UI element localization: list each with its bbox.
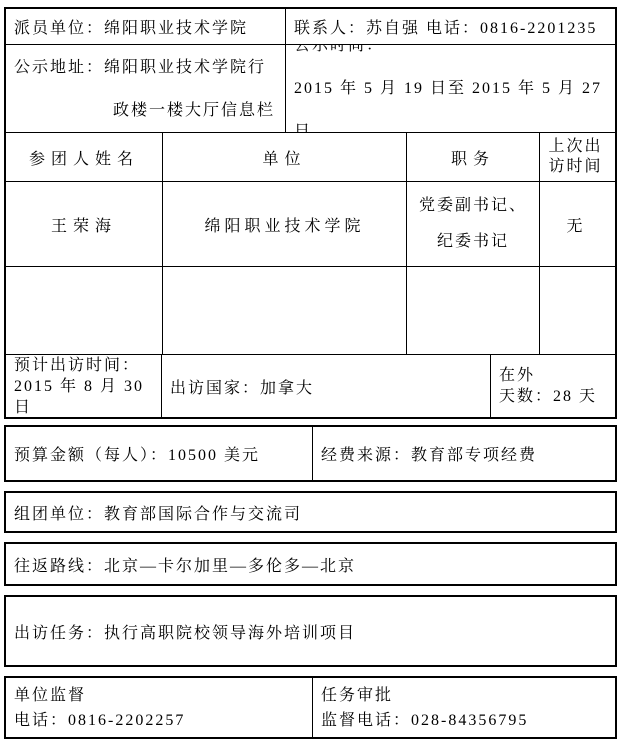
- member-row: 王荣海 绵阳职业技术学院 党委副书记、 纪委书记 无: [6, 182, 615, 267]
- days-abroad-cell: 在外 天数：28 天: [491, 355, 615, 417]
- unit-supervision-label: 单位监督: [14, 683, 312, 708]
- notice-address-line2: 政楼一楼大厅信息栏: [14, 89, 285, 132]
- route-box: 往返路线：北京—卡尔加里—多伦多—北京: [4, 542, 617, 586]
- task-approval-label: 任务审批: [321, 683, 611, 708]
- col-header-last-visit-line1: 上次出: [548, 137, 602, 157]
- unit-supervision-cell: 单位监督 电话：0816-2202257: [6, 678, 313, 737]
- notice-time-label: 公示时间：: [294, 45, 611, 67]
- member-last-visit-cell: 无: [540, 182, 615, 266]
- notice-address-line1: 公示地址：绵阳职业技术学院行: [14, 46, 285, 89]
- member-unit-cell: 绵阳职业技术学院: [163, 182, 407, 266]
- task-approval-cell: 任务审批 监督电话：028-84356795: [313, 678, 615, 737]
- trip-schedule-row: 预计出访时间： 2015 年 8 月 30 日 出访国家：加拿大 在外 天数：2…: [6, 355, 615, 417]
- organizer-box: 组团单位：教育部国际合作与交流司: [4, 491, 617, 533]
- notice-row: 公示地址：绵阳职业技术学院行 政楼一楼大厅信息栏 公示时间： 2015 年 5 …: [6, 45, 615, 133]
- notice-address-cell: 公示地址：绵阳职业技术学院行 政楼一楼大厅信息栏: [6, 45, 286, 132]
- col-header-unit: 单位: [163, 133, 407, 181]
- expected-visit-time-cell: 预计出访时间： 2015 年 8 月 30 日: [6, 355, 162, 417]
- days-abroad-line2: 天数：28 天: [499, 386, 611, 407]
- organizer-cell: 组团单位：教育部国际合作与交流司: [6, 493, 615, 531]
- route-cell: 往返路线：北京—卡尔加里—多伦多—北京: [6, 544, 615, 584]
- supervision-row: 单位监督 电话：0816-2202257 任务审批 监督电话：028-84356…: [6, 678, 615, 737]
- col-header-last-visit-line2: 访时间: [548, 157, 602, 177]
- organizer-row: 组团单位：教育部国际合作与交流司: [6, 493, 615, 531]
- route-row: 往返路线：北京—卡尔加里—多伦多—北京: [6, 544, 615, 584]
- expected-visit-time-value: 2015 年 8 月 30 日: [14, 376, 161, 418]
- unit-supervision-phone: 电话：0816-2202257: [14, 708, 312, 733]
- funding-source-cell: 经费来源：教育部专项经费: [313, 427, 615, 480]
- member-name-cell: 王荣海: [6, 182, 163, 266]
- mission-box: 出访任务：执行高职院校领导海外培训项目: [4, 595, 617, 667]
- contact-cell: 联系人：苏自强 电话：0816-2201235: [286, 9, 615, 44]
- budget-funding-row: 预算金额（每人）：10500 美元 经费来源：教育部专项经费: [6, 427, 615, 480]
- notice-time-cell: 公示时间： 2015 年 5 月 19 日至 2015 年 5 月 27 日: [286, 45, 615, 132]
- member-last-visit-cell: [540, 267, 615, 354]
- member-unit-cell: [163, 267, 407, 354]
- budget-cell: 预算金额（每人）：10500 美元: [6, 427, 313, 480]
- task-approval-phone: 监督电话：028-84356795: [321, 708, 611, 733]
- overseas-visit-public-notice-form: 派员单位：绵阳职业技术学院 联系人：苏自强 电话：0816-2201235 公示…: [0, 0, 627, 739]
- col-header-last-visit: 上次出 访时间: [540, 133, 615, 181]
- member-title-cell: [407, 267, 540, 354]
- member-row-empty: [6, 267, 615, 355]
- col-header-title: 职务: [407, 133, 540, 181]
- member-title-cell: 党委副书记、 纪委书记: [407, 182, 540, 266]
- dispatch-unit-cell: 派员单位：绵阳职业技术学院: [6, 9, 286, 44]
- supervision-box: 单位监督 电话：0816-2202257 任务审批 监督电话：028-84356…: [4, 676, 617, 739]
- member-name-cell: [6, 267, 163, 354]
- mission-row: 出访任务：执行高职院校领导海外培训项目: [6, 597, 615, 665]
- members-header-row: 参团人姓名 单位 职务 上次出 访时间: [6, 133, 615, 182]
- days-abroad-line1: 在外: [499, 365, 611, 386]
- budget-funding-box: 预算金额（每人）：10500 美元 经费来源：教育部专项经费: [4, 425, 617, 482]
- main-table: 派员单位：绵阳职业技术学院 联系人：苏自强 电话：0816-2201235 公示…: [4, 7, 617, 419]
- member-title-line1: 党委副书记、: [419, 188, 527, 224]
- expected-visit-time-label: 预计出访时间：: [14, 355, 161, 376]
- notice-time-value: 2015 年 5 月 19 日至 2015 年 5 月 27 日: [294, 67, 611, 132]
- mission-cell: 出访任务：执行高职院校领导海外培训项目: [6, 597, 615, 665]
- visit-country-cell: 出访国家：加拿大: [162, 355, 491, 417]
- col-header-member-name: 参团人姓名: [6, 133, 163, 181]
- dispatch-contact-row: 派员单位：绵阳职业技术学院 联系人：苏自强 电话：0816-2201235: [6, 9, 615, 45]
- member-title-line2: 纪委书记: [437, 224, 509, 260]
